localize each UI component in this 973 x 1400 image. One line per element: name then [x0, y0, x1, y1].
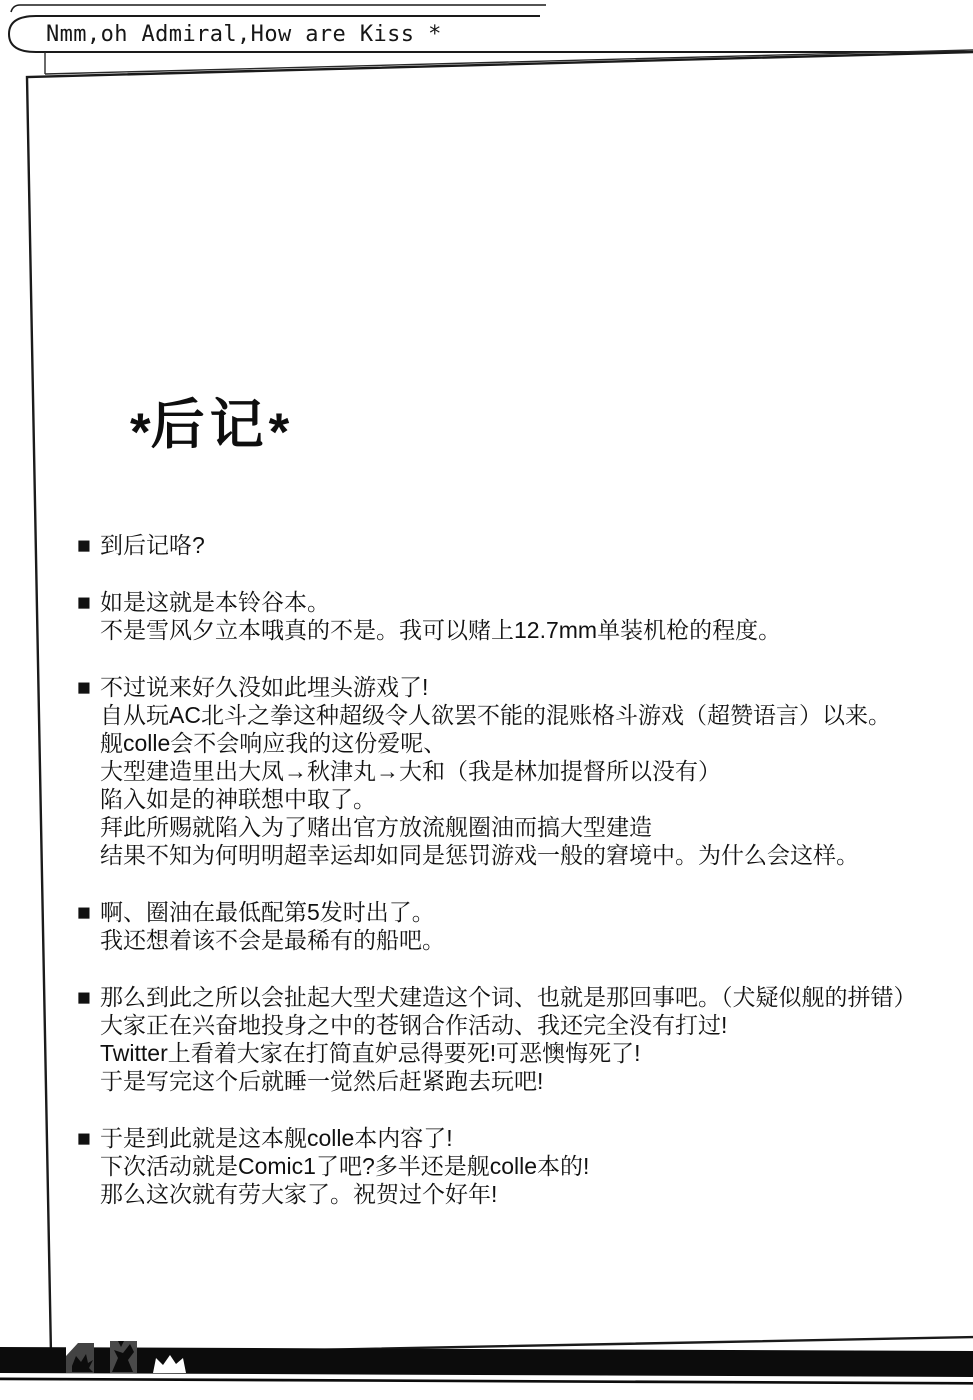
line-text: 自从玩AC北斗之拳这种超级令人欲罢不能的混账格斗游戏（超赞语言）以来。 — [100, 702, 891, 728]
line-text: 于是到此就是这本舰colle本内容了! — [100, 1125, 453, 1151]
text-line: Twitter上看着大家在打简直妒忌得要死!可恶懊悔死了! — [0, 1039, 973, 1067]
text-line: ■如是这就是本铃谷本。 — [0, 588, 973, 616]
afterword-heading: *后记* — [130, 394, 289, 457]
text-line: ■到后记咯? — [0, 531, 973, 559]
line-text: Twitter上看着大家在打简直妒忌得要死!可恶懊悔死了! — [100, 1040, 641, 1066]
text-line: 不是雪风夕立本哦真的不是。我可以赌上12.7mm单装机枪的程度。 — [0, 616, 973, 644]
header-outer-rule — [11, 5, 546, 12]
scanned-afterword-page: { "header": { "title": "Nmm,oh Admiral,H… — [0, 0, 973, 1400]
bullet-square: ■ — [77, 531, 100, 559]
text-line: ■那么到此之所以会扯起大型犬建造这个词、也就是那回事吧。（犬疑似舰的拼错） — [0, 983, 973, 1011]
line-text: 大家正在兴奋地投身之中的苍钢合作活动、我还完全没有打过! — [100, 1012, 727, 1038]
bullet-square: ■ — [77, 1124, 100, 1152]
afterword-paragraph: ■那么到此之所以会扯起大型犬建造这个词、也就是那回事吧。（犬疑似舰的拼错）大家正… — [0, 983, 973, 1095]
line-text: 陷入如是的神联想中取了。 — [100, 786, 376, 812]
text-line: ■于是到此就是这本舰colle本内容了! — [0, 1124, 973, 1152]
afterword-paragraphs: ■到后记咯?■如是这就是本铃谷本。不是雪风夕立本哦真的不是。我可以赌上12.7m… — [0, 531, 973, 1237]
text-line: ■不过说来好久没如此埋头游戏了! — [0, 673, 973, 701]
text-line: 拜此所赐就陷入为了赌出官方放流舰圈油而搞大型建造 — [0, 813, 973, 841]
text-line: 陷入如是的神联想中取了。 — [0, 785, 973, 813]
afterword-paragraph: ■啊、圈油在最低配第5发时出了。我还想着该不会是最稀有的船吧。 — [0, 898, 973, 954]
line-text: 那么这次就有劳大家了。祝贺过个好年! — [100, 1181, 497, 1207]
bullet-square: ■ — [77, 898, 100, 926]
text-line: 自从玩AC北斗之拳这种超级令人欲罢不能的混账格斗游戏（超赞语言）以来。 — [0, 701, 973, 729]
line-text: 不是雪风夕立本哦真的不是。我可以赌上12.7mm单装机枪的程度。 — [100, 617, 781, 643]
text-line: 大家正在兴奋地投身之中的苍钢合作活动、我还完全没有打过! — [0, 1011, 973, 1039]
bullet-square: ■ — [77, 983, 100, 1011]
line-text: 于是写完这个后就睡一觉然后赶紧跑去玩吧! — [100, 1068, 543, 1094]
afterword-paragraph: ■于是到此就是这本舰colle本内容了!下次活动就是Comic1了吧?多半还是舰… — [0, 1124, 973, 1208]
line-text: 下次活动就是Comic1了吧?多半还是舰colle本的! — [100, 1153, 589, 1179]
footer-band — [0, 1347, 973, 1377]
text-line: 结果不知为何明明超幸运却如同是惩罚游戏一般的窘境中。为什么会这样。 — [0, 841, 973, 869]
text-line: 于是写完这个后就睡一觉然后赶紧跑去玩吧! — [0, 1067, 973, 1095]
heading-text: 后记 — [151, 395, 269, 455]
heading-star-left: * — [130, 403, 151, 462]
line-text: 到后记咯? — [100, 532, 205, 558]
header-title: Nmm,oh Admiral,How are Kiss * — [46, 22, 442, 48]
line-text: 我还想着该不会是最稀有的船吧。 — [100, 927, 445, 953]
afterword-paragraph: ■不过说来好久没如此埋头游戏了!自从玩AC北斗之拳这种超级令人欲罢不能的混账格斗… — [0, 673, 973, 869]
line-text: 大型建造里出大凤→秋津丸→大和（我是林加提督所以没有） — [100, 758, 721, 784]
footer-bottom-rule — [0, 1378, 973, 1385]
bullet-square: ■ — [77, 588, 100, 616]
footer-thumbnail-chibi-1 — [66, 1343, 94, 1373]
text-line: 那么这次就有劳大家了。祝贺过个好年! — [0, 1180, 973, 1208]
bullet-square: ■ — [77, 673, 100, 701]
line-text: 那么到此之所以会扯起大型犬建造这个词、也就是那回事吧。（犬疑似舰的拼错） — [100, 984, 917, 1010]
text-line: 舰colle会不会响应我的这份爱呢、 — [0, 729, 973, 757]
line-text: 不过说来好久没如此埋头游戏了! — [100, 674, 428, 700]
heading-star-right: * — [269, 403, 290, 462]
line-text: 如是这就是本铃谷本。 — [100, 589, 330, 615]
text-line: 下次活动就是Comic1了吧?多半还是舰colle本的! — [0, 1152, 973, 1180]
footer-thumbnail-chibi-2 — [110, 1341, 137, 1373]
line-text: 啊、圈油在最低配第5发时出了。 — [100, 899, 435, 925]
afterword-paragraph: ■到后记咯? — [0, 531, 973, 559]
line-text: 拜此所赐就陷入为了赌出官方放流舰圈油而搞大型建造 — [100, 814, 652, 840]
line-text: 结果不知为何明明超幸运却如同是惩罚游戏一般的窘境中。为什么会这样。 — [100, 842, 859, 868]
afterword-paragraph: ■如是这就是本铃谷本。不是雪风夕立本哦真的不是。我可以赌上12.7mm单装机枪的… — [0, 588, 973, 644]
line-text: 舰colle会不会响应我的这份爱呢、 — [100, 730, 446, 756]
text-line: 大型建造里出大凤→秋津丸→大和（我是林加提督所以没有） — [0, 757, 973, 785]
text-line: ■啊、圈油在最低配第5发时出了。 — [0, 898, 973, 926]
text-line: 我还想着该不会是最稀有的船吧。 — [0, 926, 973, 954]
